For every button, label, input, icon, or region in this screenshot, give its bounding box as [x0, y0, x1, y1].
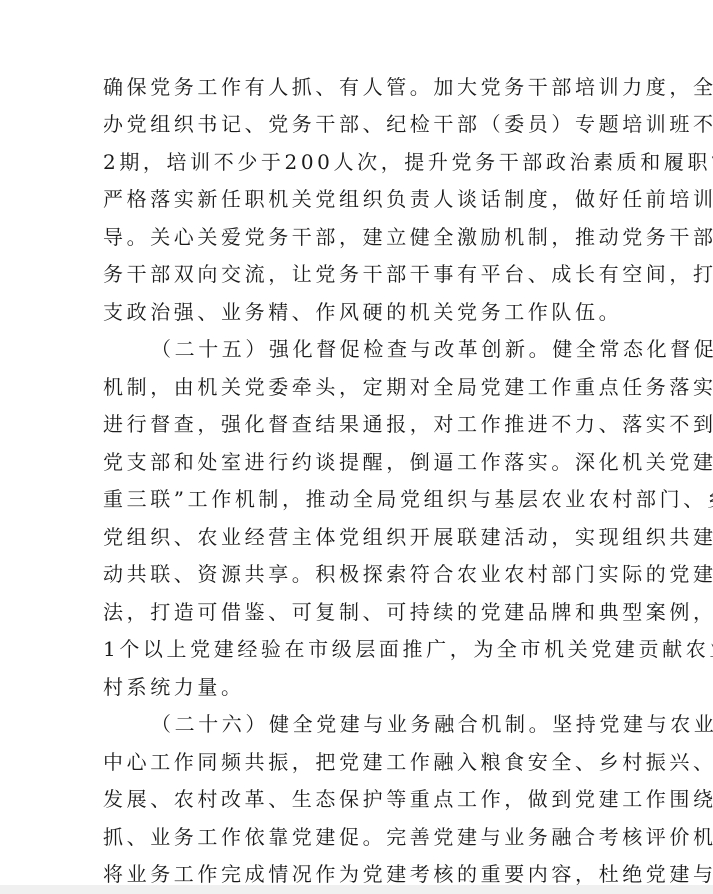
paragraph-heading-line: （二十五）强化督促检查与改革创新。健全常态化督促检查 [151, 336, 693, 362]
text-line: 村系统力量。 [103, 674, 693, 700]
text-line: 确保党务工作有人抓、有人管。加大党务干部培训力度，全年举 [103, 74, 693, 100]
text-line: 发展、农村改革、生态保护等重点工作，做到党建工作围绕业务 [103, 786, 693, 812]
page-bottom-edge [0, 885, 713, 894]
text-line: 进行督查，强化督查结果通报，对工作推进不力、落实不到位的 [103, 411, 693, 437]
text-line: 办党组织书记、党务干部、纪检干部（委员）专题培训班不少于 [103, 111, 693, 137]
text-line: 严格落实新任职机关党组织负责人谈话制度，做好任前培训和指 [103, 186, 693, 212]
paragraph-heading-line: （二十六）健全党建与业务融合机制。坚持党建与农业农村 [151, 711, 693, 737]
text-line: 动共联、资源共享。积极探索符合农业农村部门实际的党建工作 [103, 561, 693, 587]
text-line: 党组织、农业经营主体党组织开展联建活动，实现组织共建、活 [103, 524, 693, 550]
text-line: 1个以上党建经验在市级层面推广，为全市机关党建贡献农业农 [103, 636, 693, 662]
text-line: 党支部和处室进行约谈提醒，倒逼工作落实。深化机关党建“三 [103, 449, 693, 475]
text-line: 重三联”工作机制，推动全局党组织与基层农业农村部门、乡村 [103, 486, 693, 512]
text-line: 将业务工作完成情况作为党建考核的重要内容，杜绝党建与业务 [103, 861, 693, 887]
text-line: 导。关心关爱党务干部，建立健全激励机制，推动党务干部与业 [103, 224, 693, 250]
text-line: 机制，由机关党委牵头，定期对全局党建工作重点任务落实情况 [103, 374, 693, 400]
text-line: 2期，培训不少于200人次，提升党务干部政治素质和履职能力。 [103, 149, 693, 175]
document-page: 确保党务工作有人抓、有人管。加大党务干部培训力度，全年举办党组织书记、党务干部、… [0, 0, 713, 885]
text-line: 法，打造可借鉴、可复制、可持续的党建品牌和典型案例，力争 [103, 599, 693, 625]
text-line: 支政治强、业务精、作风硬的机关党务工作队伍。 [103, 299, 693, 325]
text-line: 抓、业务工作依靠党建促。完善党建与业务融合考核评价机制， [103, 824, 693, 850]
text-line: 中心工作同频共振，把党建工作融入粮食安全、乡村振兴、产业 [103, 749, 693, 775]
text-line: 务干部双向交流，让党务干部干事有平台、成长有空间，打造一 [103, 261, 693, 287]
